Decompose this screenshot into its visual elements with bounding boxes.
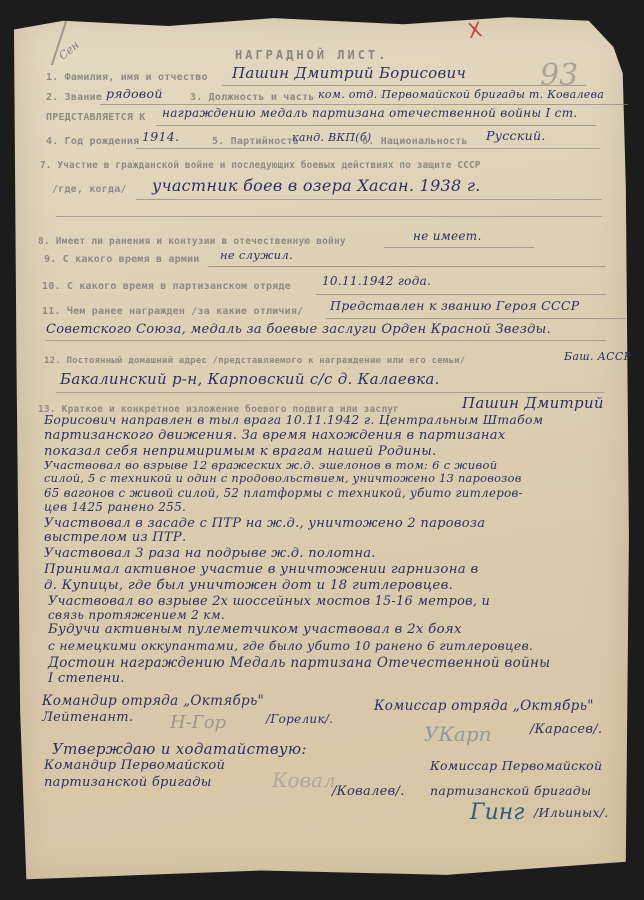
narrative-line-13: Участвовал во взрыве 2х шоссейных мостов…	[48, 594, 490, 609]
narrative-line-15: Будучи активным пулеметчиком участвовал …	[48, 622, 462, 637]
present-value: награждению медаль партизана отечественн…	[162, 106, 578, 120]
narrative-line-12: д. Купицы, где был уничтожен дот и 18 ги…	[44, 578, 453, 593]
field-1-label: 1. Фамилия, имя и отчество	[46, 72, 208, 83]
field-2-value: рядовой	[106, 86, 163, 101]
commissar-signature: УКарп	[424, 722, 492, 746]
field-4-value: 1914.	[142, 129, 179, 144]
narrative-line-17: Достоин награждению Медаль партизана Оте…	[48, 655, 550, 671]
rule-7	[384, 247, 534, 248]
brigade-commander-title-2: партизанской бригады	[44, 775, 212, 790]
field-8-value: не имеет.	[413, 229, 482, 243]
present-label: ПРЕДСТАВЛЯЕТСЯ К	[46, 112, 146, 123]
field-12-value-1: Баш. АССР	[564, 350, 631, 363]
approve-heading: Утверждаю и ходатайствую:	[52, 740, 307, 758]
brigade-commander-name: /Ковалев/.	[332, 784, 405, 799]
brigade-commander-title-1: Командир Первомайской	[44, 758, 225, 773]
field-9-value: не служил.	[220, 248, 293, 262]
field-10-label: 10. С какого время в партизанском отряде	[42, 281, 291, 292]
commissar-name: /Карасев/.	[530, 722, 602, 737]
commander-title-2: Лейтенант.	[42, 710, 133, 725]
field-11-value-1: Представлен к званию Героя СССР	[330, 298, 579, 313]
narrative-line-6: 65 вагонов с живой силой, 52 платформы с…	[44, 486, 523, 500]
rule-1	[222, 85, 586, 86]
field-6-value: Русский.	[486, 128, 546, 143]
field-7-value: участник боев в озера Хасан. 1938 г.	[152, 176, 481, 195]
brigade-commissar-title-1: Комиссар Первомайской	[430, 758, 602, 773]
narrative-line-5: силой, 5 с техникой и один с продовольст…	[44, 472, 522, 485]
field-10-value: 10.11.1942 года.	[322, 274, 431, 288]
field-3-value: ком. отд. Первомайской бригады т. Ковале…	[318, 88, 604, 101]
narrative-line-7: цев 1425 ранено 255.	[44, 500, 186, 514]
narrative-line-10: Участвовал 3 раза на подрыве ж.д. полотн…	[44, 546, 376, 561]
narrative-line-4: Участвовал во взрыве 12 вражеских ж.д. э…	[44, 458, 497, 472]
field-6-label: 6. Национальность	[362, 136, 468, 147]
rule-2	[100, 104, 628, 105]
rule-4	[136, 148, 600, 149]
narrative-line-14: связь протяжением 2 км.	[48, 608, 225, 622]
field-11-value-2: Советского Союза, медаль за боевые заслу…	[46, 322, 551, 337]
rule-8	[208, 266, 606, 267]
brigade-commander-signature: Ковал	[272, 768, 336, 792]
field-8-label: 8. Имеет ли ранения и контузии в отечест…	[38, 236, 346, 247]
field-9-label: 9. С какого время в армии	[44, 254, 200, 265]
commissar-title: Комиссар отряда „Октябрь"	[374, 698, 594, 714]
field-12-value-2: Бакалинский р-н, Карповский с/с д. Калае…	[60, 370, 440, 388]
field-4-label: 4. Год рождения	[46, 136, 139, 147]
narrative-line-8: Участвовал в засаде с ПТР на ж.д., уничт…	[44, 516, 485, 531]
rule-5	[136, 199, 602, 200]
narrative-line-3: показал себя непримиримым к врагам нашей…	[44, 444, 437, 459]
field-11-label: 11. Чем ранее награжден /за какие отличи…	[42, 306, 303, 317]
rule-12	[56, 392, 604, 393]
narrative-line-2: партизанского движения. За время нахожде…	[44, 428, 505, 443]
rule-9	[316, 294, 606, 295]
field-3-label: 3. Должность и часть	[190, 92, 314, 103]
field-1-value: Пашин Дмитрий Борисович	[232, 64, 466, 82]
rule-11	[46, 340, 606, 341]
brigade-commissar-title-2: партизанской бригады	[430, 783, 591, 798]
narrative-line-11: Принимал активное участие в уничтожении …	[44, 562, 479, 577]
document-title: НАГРАДНОЙ ЛИСТ.	[235, 48, 388, 62]
field-5-value: канд. ВКП(б)	[292, 131, 371, 144]
narrative-line-16: с немецкими оккупантами, где было убито …	[48, 639, 533, 653]
rule-3	[156, 125, 596, 126]
brigade-commissar-signature: Гинг	[470, 800, 524, 825]
narrative-line-9: выстрелом из ПТР.	[44, 530, 186, 545]
field-2-label: 2. Звание	[46, 92, 102, 103]
field-12-label: 12. Постоянный домашний адрес /представл…	[44, 356, 465, 366]
narrative-line-1: Борисович направлен в тыл врага 10.11.19…	[44, 412, 543, 427]
field-7-label-2: /где, когда/	[52, 184, 127, 195]
brigade-commissar-name: /Ильиных/.	[534, 805, 609, 820]
rule-6	[56, 216, 602, 217]
field-7-label: 7. Участие в гражданской войне и последу…	[40, 160, 481, 171]
field-5-label: 5. Партийность	[212, 136, 299, 147]
commander-title-1: Командир отряда „Октябрь"	[42, 693, 264, 709]
field-13-value-1: Пашин Дмитрий	[462, 394, 604, 412]
commander-name: /Горелик/.	[266, 712, 333, 726]
commander-signature: Н-Гор	[170, 712, 226, 733]
narrative-line-18: I степени.	[48, 671, 125, 686]
rule-10	[326, 318, 626, 319]
